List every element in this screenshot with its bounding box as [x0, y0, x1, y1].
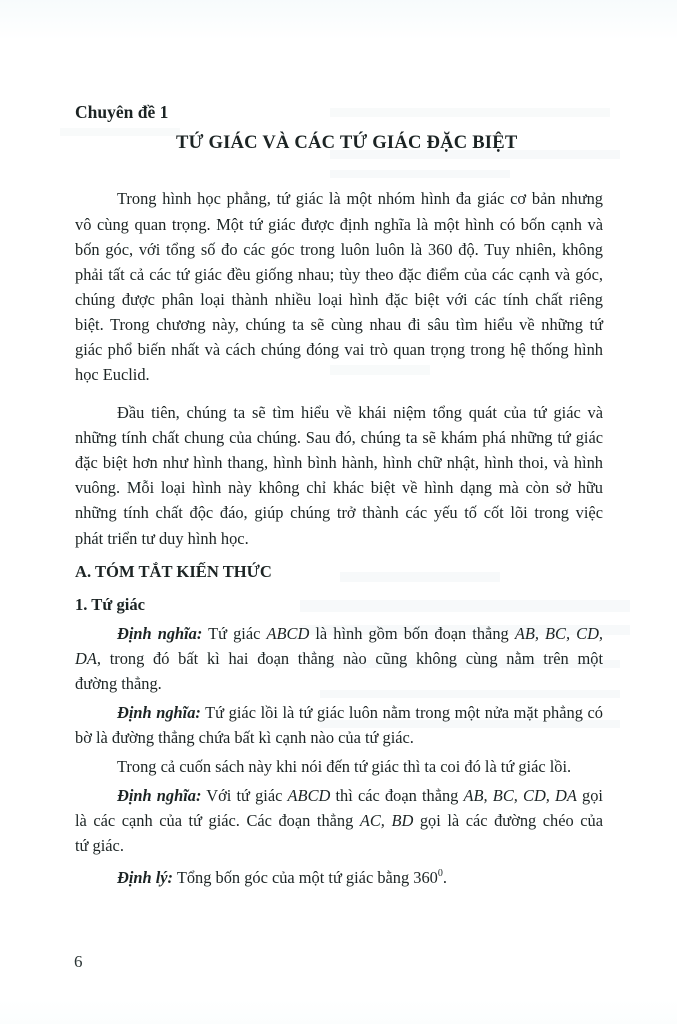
- text-line: biệt. Trong chương này, chúng ta sẽ cùng…: [75, 315, 603, 335]
- text-line: đặc biệt hơn như hình thang, hình bình h…: [75, 453, 603, 473]
- chapter-label: Chuyên đề 1: [75, 101, 168, 123]
- text-line: chúng được phân loại thành nhiều loại hì…: [75, 290, 603, 310]
- text-line: DA, trong đó bất kì hai đoạn thẳng nào c…: [75, 649, 603, 669]
- text-line: phát triển tư duy hình học.: [75, 529, 603, 549]
- text-line: Trong hình học phẳng, tứ giác là một nhó…: [117, 189, 603, 209]
- definition-label: Định nghĩa:: [117, 624, 202, 643]
- text-line: bốn góc, với tổng số đo các góc trong lu…: [75, 240, 603, 260]
- section-heading: A. TÓM TẮT KIẾN THỨC: [75, 562, 272, 582]
- text-line: là các cạnh của tứ giác. Các đoạn thẳng …: [75, 811, 603, 831]
- note-text: Trong cả cuốn sách này khi nói đến tứ gi…: [117, 757, 603, 777]
- text-line: giác phổ biến nhất và cách chúng đóng va…: [75, 340, 603, 360]
- text-line: vô cùng quan trọng. Một tứ giác được địn…: [75, 215, 603, 235]
- page-number: 6: [74, 952, 83, 972]
- text-line: Định nghĩa: Tứ giác ABCD là hình gồm bốn…: [117, 624, 603, 644]
- definition-label: Định nghĩa:: [117, 786, 201, 805]
- text-line: tứ giác.: [75, 836, 603, 856]
- text-line: vuông. Mỗi loại hình này không chỉ khác …: [75, 478, 603, 498]
- text-line: phải tất cả các tứ giác đều giống nhau; …: [75, 265, 603, 285]
- text-line: đường thẳng.: [75, 674, 603, 694]
- theorem: Định lý: Tổng bốn góc của một tứ giác bằ…: [117, 868, 603, 888]
- text-line: bờ là đường thẳng chứa bất kì cạnh nào c…: [75, 728, 603, 748]
- text-line: Định nghĩa: Tứ giác lồi là tứ giác luôn …: [117, 703, 603, 723]
- text-line: những tính chất độc đáo, giúp chúng trở …: [75, 503, 603, 523]
- subsection-heading: 1. Tứ giác: [75, 595, 145, 615]
- book-page: Chuyên đề 1 TỨ GIÁC VÀ CÁC TỨ GIÁC ĐẶC B…: [0, 0, 677, 1024]
- text-line: Định nghĩa: Với tứ giác ABCD thì các đoạ…: [117, 786, 603, 806]
- theorem-label: Định lý:: [117, 868, 173, 887]
- text-line: học Euclid.: [75, 365, 603, 385]
- text-line: những tính chất chung của chúng. Sau đó,…: [75, 428, 603, 448]
- definition-label: Định nghĩa:: [117, 703, 201, 722]
- chapter-title: TỨ GIÁC VÀ CÁC TỨ GIÁC ĐẶC BIỆT: [176, 131, 517, 155]
- text-line: Đầu tiên, chúng ta sẽ tìm hiểu về khái n…: [117, 403, 603, 423]
